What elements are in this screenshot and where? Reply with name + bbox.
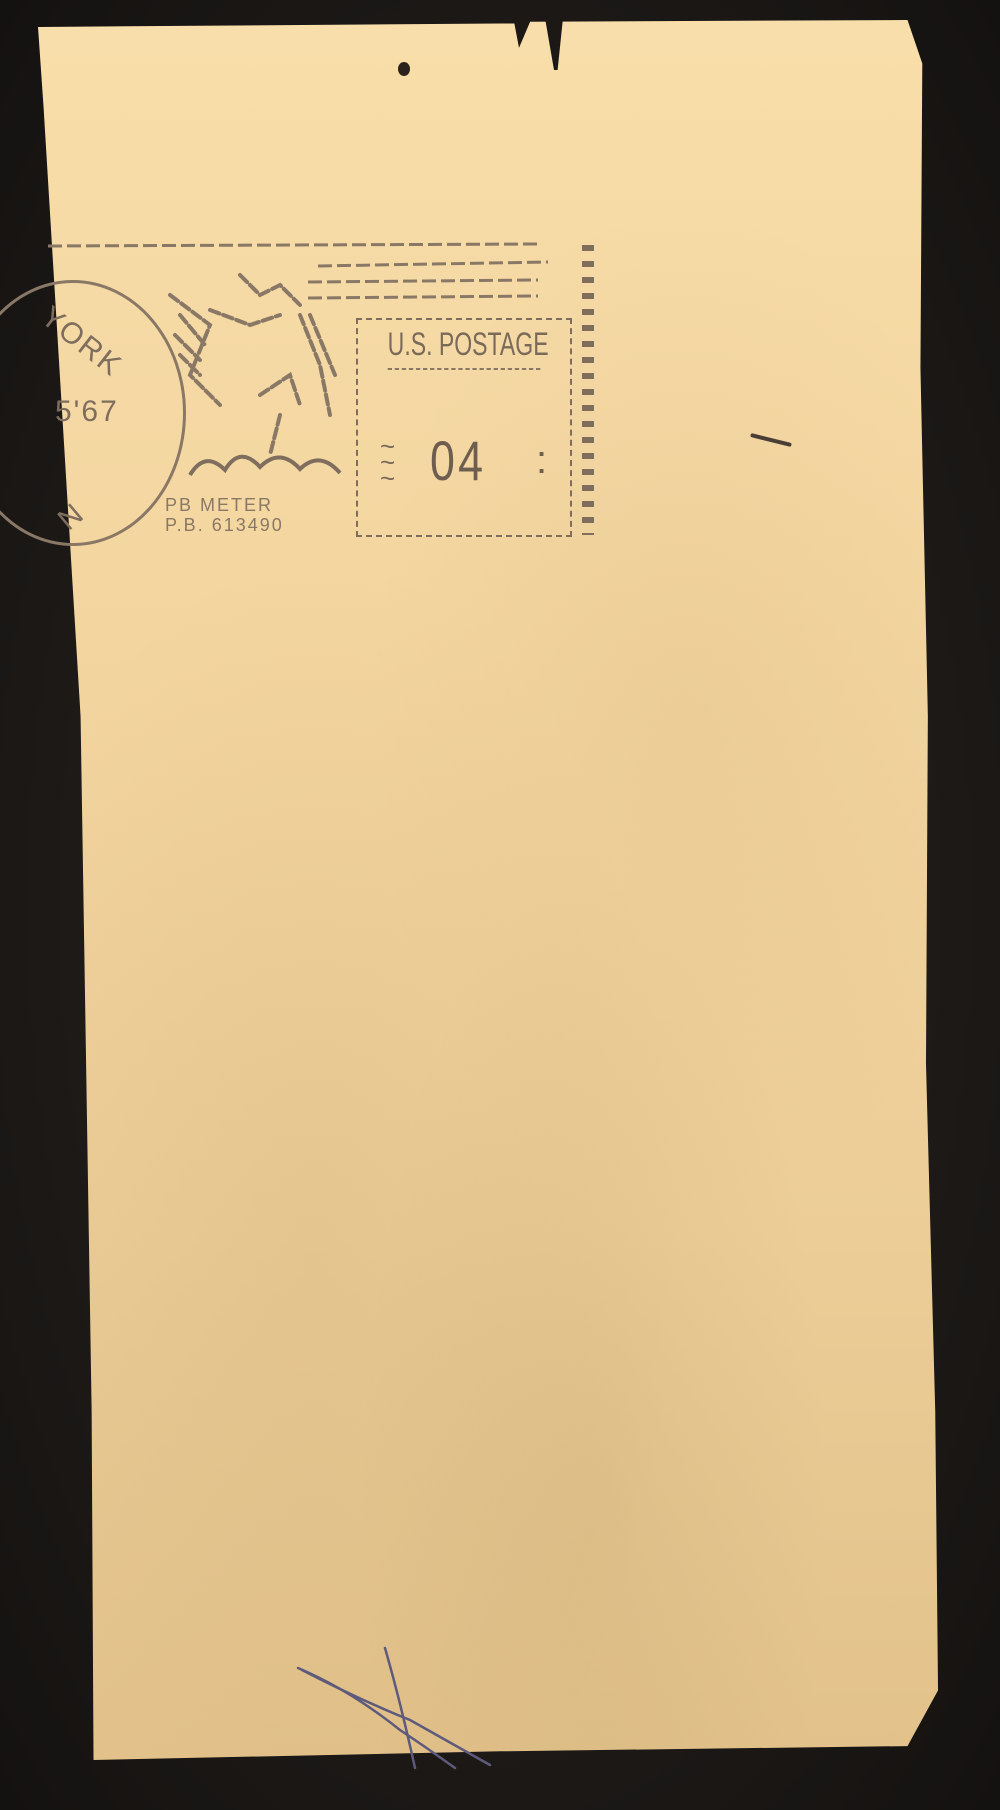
postage-title: U.S. POSTAGE (388, 320, 541, 370)
meter-number: P.B. 613490 (165, 515, 284, 535)
eagle-icon (150, 255, 350, 490)
meter-id: PB METER P.B. 613490 (165, 495, 284, 535)
postmark-date: 5'67 (55, 395, 119, 429)
meter-label: PB METER (165, 495, 284, 515)
meter-dot-border (582, 245, 594, 535)
paper-hole (398, 62, 410, 76)
postage-value: 04 (430, 428, 486, 493)
colon-mark: : (536, 438, 547, 483)
wave-lines-icon: ~~~ (380, 438, 395, 486)
postage-meter-box: U.S. POSTAGE ~~~ 04 : (356, 318, 572, 537)
pen-scribble-icon (290, 1640, 510, 1770)
